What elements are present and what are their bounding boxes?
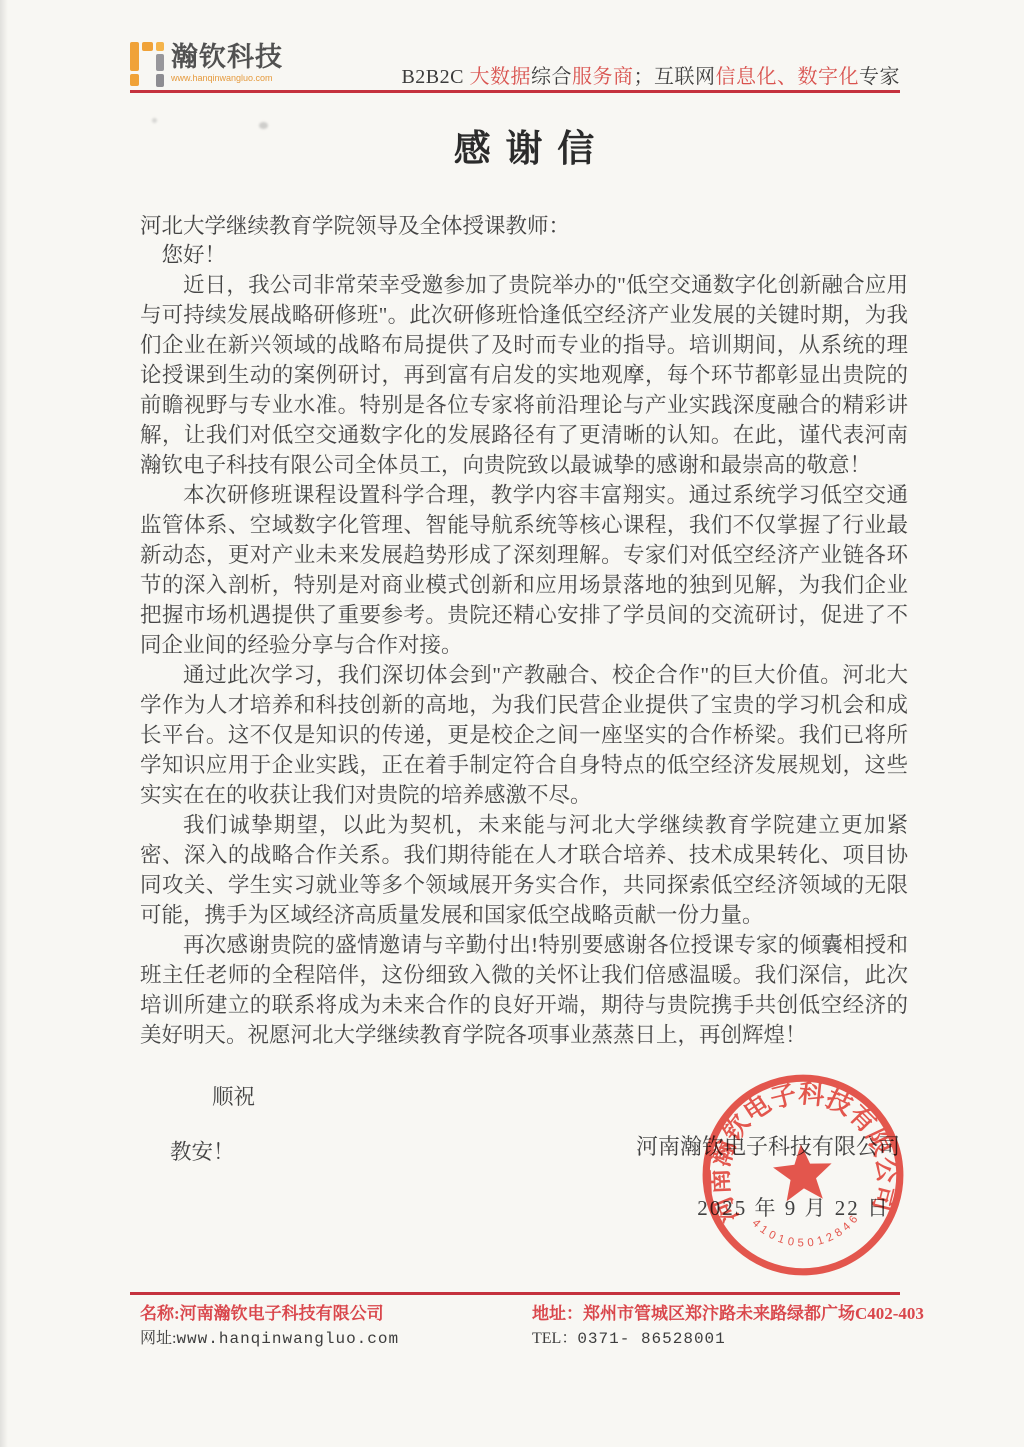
paragraph-4: 我们诚挚期望，以此为契机，未来能与河北大学继续教育学院建立更加紧密、深入的战略合… bbox=[140, 810, 908, 930]
footer-right-column: 地址：郑州市管城区郑汴路未来路绿都广场C402-403 TEL：0371- 86… bbox=[532, 1302, 900, 1352]
footer-rule bbox=[130, 1292, 900, 1295]
footer: 名称:河南瀚钦电子科技有限公司 网址:www.hanqinwangluo.com… bbox=[130, 1292, 900, 1352]
footer-name-label: 名称: bbox=[140, 1304, 180, 1323]
brand-name: 瀚钦科技 bbox=[171, 42, 283, 72]
footer-name-value: 河南瀚钦电子科技有限公司 bbox=[180, 1304, 384, 1323]
letter-title: 感谢信 bbox=[140, 118, 908, 172]
footer-web-label: 网址: bbox=[140, 1330, 176, 1347]
tagline-part: 信息化 bbox=[716, 66, 778, 88]
seal-number-text: 410105012846 bbox=[749, 1210, 865, 1254]
tagline-part: 专家 bbox=[859, 66, 900, 88]
tagline-part: 、 bbox=[777, 66, 798, 88]
logo-icon bbox=[130, 42, 164, 89]
tagline: B2B2C 大数据综合服务商；互联网信息化、数字化专家 bbox=[401, 60, 900, 89]
footer-website: 网址:www.hanqinwangluo.com bbox=[140, 1326, 520, 1352]
tagline-part: 综合 bbox=[531, 66, 572, 88]
footer-telephone: TEL：0371- 86528001 bbox=[532, 1326, 900, 1352]
company-logo: 瀚钦科技 www.hanqinwangluo.com bbox=[130, 42, 283, 89]
tagline-part: B2B2C bbox=[401, 66, 469, 88]
footer-web-value: www.hanqinwangluo.com bbox=[176, 1330, 399, 1348]
footer-addr-label: 地址： bbox=[532, 1304, 583, 1323]
paragraph-5: 再次感谢贵院的盛情邀请与辛勤付出!特别要感谢各位授课专家的倾囊相授和班主任老师的… bbox=[140, 930, 908, 1050]
footer-company-name: 名称:河南瀚钦电子科技有限公司 bbox=[140, 1302, 520, 1326]
letter-page: 瀚钦科技 www.hanqinwangluo.com B2B2C 大数据综合服务… bbox=[0, 0, 1024, 1447]
paragraph-2: 本次研修班课程设置科学合理，教学内容丰富翔实。通过系统学习低空交通监管体系、空域… bbox=[140, 480, 908, 660]
footer-addr-value: 郑州市管城区郑汴路未来路绿都广场C402-403 bbox=[583, 1304, 924, 1323]
tagline-part: 数字化 bbox=[798, 66, 860, 88]
paragraph-1: 近日，我公司非常荣幸受邀参加了贵院举办的"低空交通数字化创新融合应用与可持续发展… bbox=[140, 270, 908, 480]
footer-tel-value: 0371- 86528001 bbox=[577, 1330, 725, 1348]
tagline-part: ； bbox=[634, 66, 655, 88]
tagline-part: 大数据 bbox=[470, 66, 532, 88]
greeting: 您好！ bbox=[140, 241, 908, 270]
footer-left-column: 名称:河南瀚钦电子科技有限公司 网址:www.hanqinwangluo.com bbox=[140, 1302, 520, 1352]
svg-text:410105012846: 410105012846 bbox=[749, 1210, 865, 1254]
header-rule bbox=[130, 90, 900, 93]
footer-address: 地址：郑州市管城区郑汴路未来路绿都广场C402-403 bbox=[532, 1302, 900, 1326]
tagline-part: 互联网 bbox=[654, 66, 716, 88]
footer-tel-label: TEL： bbox=[532, 1330, 577, 1347]
tagline-part: 服务商 bbox=[572, 66, 634, 88]
salutation: 河北大学继续教育学院领导及全体授课教师： bbox=[140, 212, 908, 241]
logo-text: 瀚钦科技 www.hanqinwangluo.com bbox=[171, 42, 283, 83]
paragraph-3: 通过此次学习，我们深切体会到"产教融合、校企合作"的巨大价值。河北大学作为人才培… bbox=[140, 660, 908, 810]
company-seal-stamp: 河南瀚钦电子科技有限公司 410105012846 bbox=[693, 1065, 913, 1285]
letter-body: 感谢信 河北大学继续教育学院领导及全体授课教师： 您好！ 近日，我公司非常荣幸受… bbox=[140, 118, 908, 1166]
brand-website: www.hanqinwangluo.com bbox=[171, 73, 283, 83]
seal-star-icon bbox=[772, 1142, 834, 1202]
